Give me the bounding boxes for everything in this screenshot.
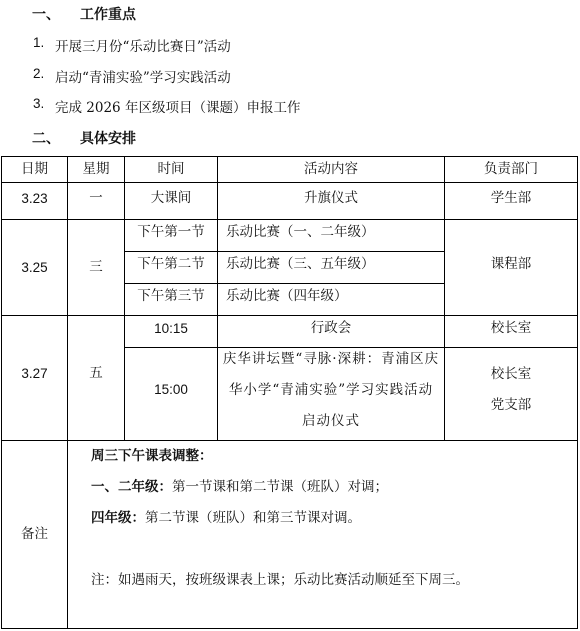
row-dept: 学生部 — [445, 183, 577, 215]
dept-line: 党支部 — [491, 390, 532, 421]
remarks-line1-label: 一、二年级： — [91, 479, 172, 495]
header-time: 时间 — [125, 157, 217, 182]
row-date: 3.27 — [2, 316, 67, 431]
row-activity: 乐动比赛（三、五年级） — [218, 252, 444, 277]
section1-number: 一、 — [32, 4, 60, 24]
row-activity: 行政会 — [218, 316, 444, 341]
row-weekday: 五 — [68, 316, 124, 431]
section2-number: 二、 — [32, 128, 60, 148]
remarks-line2: 四年级：第二节课（班队）和第三节课对调。 — [91, 506, 361, 526]
row-time: 15:00 — [125, 348, 217, 432]
header-activity: 活动内容 — [218, 157, 444, 182]
row-activity: 乐动比赛（一、二年级） — [218, 220, 444, 245]
header-weekday: 星期 — [68, 157, 124, 182]
row-dept: 校长室 — [445, 316, 577, 341]
list-item-3-number: 3. — [33, 96, 44, 111]
header-date: 日期 — [2, 157, 67, 182]
row-activity: 升旗仪式 — [218, 183, 444, 215]
remarks-line2-label: 四年级： — [91, 510, 145, 526]
remarks-line1: 一、二年级：第一节课和第二节课（班队）对调； — [91, 475, 388, 495]
row-date: 3.23 — [2, 183, 67, 215]
row-time: 下午第三节 — [125, 284, 217, 309]
row-time: 10:15 — [125, 316, 217, 341]
list-item-2-text: 启动“青浦实验”学习实践活动 — [55, 66, 231, 86]
row-dept: 校长室 党支部 — [445, 348, 577, 432]
table-border — [1, 628, 578, 629]
row-activity: 乐动比赛（四年级） — [218, 284, 444, 309]
remarks-line2-text: 第二节课（班队）和第三节课对调。 — [145, 510, 361, 526]
section2-title: 具体安排 — [80, 128, 136, 148]
section1-title: 工作重点 — [80, 4, 136, 24]
remarks-note: 注：如遇雨天，按班级课表上课；乐动比赛活动顺延至下周三。 — [91, 568, 469, 588]
table-border — [1, 440, 578, 441]
list-item-3-text: 完成 2026 年区级项目（课题）申报工作 — [55, 96, 300, 116]
list-item-1-text: 开展三月份“乐动比赛日”活动 — [55, 35, 231, 55]
list-item-2-number: 2. — [33, 66, 44, 81]
row-time: 大课间 — [125, 183, 217, 215]
row-weekday: 三 — [68, 220, 124, 315]
row-time: 下午第二节 — [125, 252, 217, 277]
row-weekday: 一 — [68, 183, 124, 215]
row-dept: 课程部 — [445, 220, 577, 310]
row-date: 3.25 — [2, 220, 67, 315]
list-item-1-number: 1. — [33, 35, 44, 50]
remarks-title: 周三下午课表调整： — [91, 444, 213, 464]
remarks-label: 备注 — [2, 441, 67, 628]
row-time: 下午第一节 — [125, 220, 217, 245]
header-dept: 负责部门 — [445, 157, 577, 182]
remarks-line1-text: 第一节课和第二节课（班队）对调； — [172, 479, 388, 495]
dept-line: 校长室 — [491, 359, 532, 390]
table-border — [577, 156, 578, 629]
row-activity: 庆华讲坛暨“寻脉·深耕：青浦区庆华小学“青浦实验”学习实践活动启动仪式 — [222, 344, 440, 437]
